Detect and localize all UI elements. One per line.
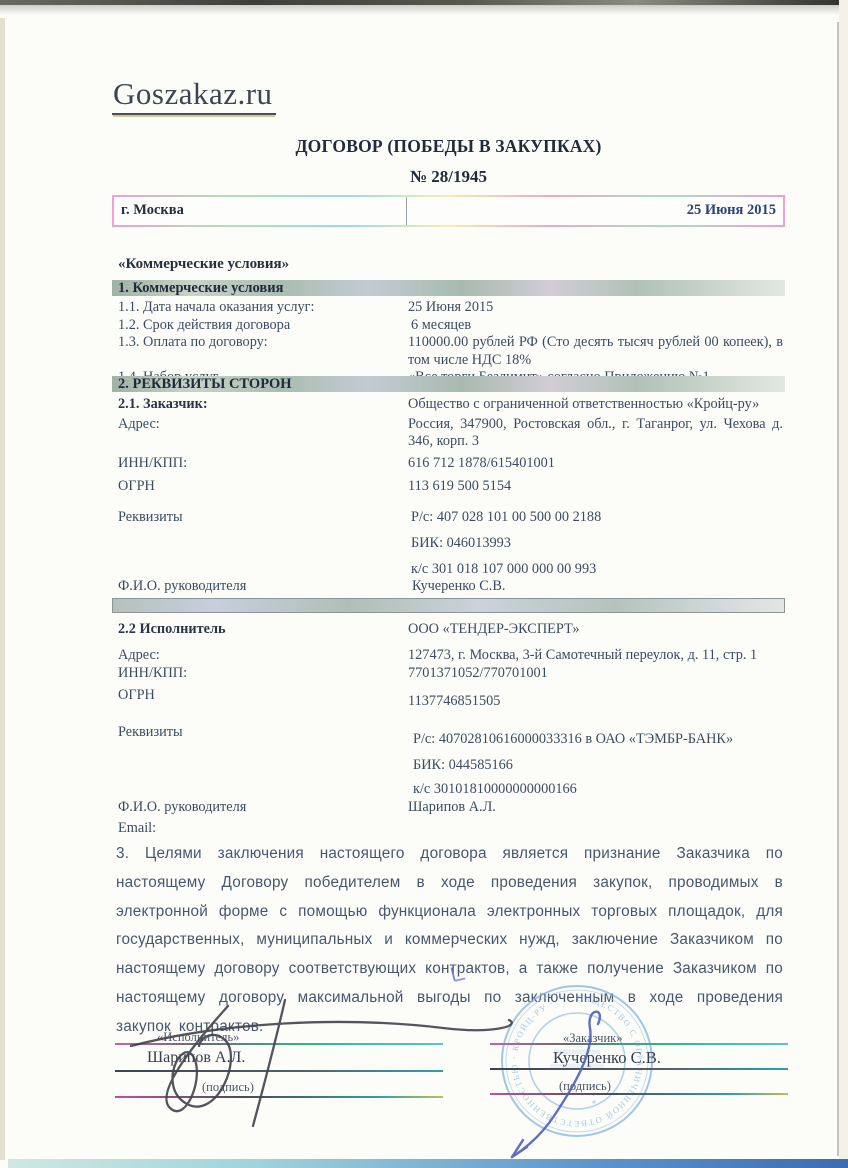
customer-ogrn: 113 619 500 5154 — [408, 478, 785, 496]
contractor-role-label: 2.2 Исполнитель — [112, 621, 408, 639]
customer-address: Россия, 347900, Ростовская обл., г. Тага… — [408, 416, 785, 451]
section-2-customer: 2. РЕКВИЗИТЫ СТОРОН 2.1. Заказчик: Общес… — [112, 376, 785, 617]
contractor-ogrn: 1137746851505 — [408, 687, 785, 711]
customer-ogrn-row: ОГРН 113 619 500 5154 — [112, 478, 785, 496]
contractor-role-row: 2.2 Исполнитель ООО «ТЕНДЕР-ЭКСПЕРТ» — [112, 621, 785, 639]
document-number: № 28/1945 — [112, 167, 785, 187]
row-1-1-label: 1.1. Дата начала оказания услуг: — [112, 299, 408, 317]
row-1-1-value: 25 Июня 2015 — [408, 299, 785, 317]
contractor-corr-row: к/с 30101810000000000166 — [112, 781, 785, 799]
scan-edge-left — [0, 18, 5, 1160]
customer-address-label: Адрес: — [112, 416, 408, 451]
customer-head-name: Кучеренко С.В. — [408, 578, 785, 596]
place-cell: г. Москва — [114, 197, 407, 225]
contractor-inn-row: ИНН/КПП: 7701371052/770701001 — [112, 665, 785, 683]
contractor-address-label: Адрес: — [112, 647, 408, 665]
contractor-address: 127473, г. Москва, 3-й Самотечный переул… — [408, 647, 785, 665]
contractor-ogrn-label: ОГРН — [112, 687, 408, 711]
customer-bik-row: БИК: 046013993 — [112, 535, 785, 553]
contractor-corr: к/с 30101810000000000166 — [408, 781, 785, 799]
place-date-table-inner: г. Москва 25 Июня 2015 — [114, 197, 783, 225]
section-1-header-band: 1. Коммерческие условия — [112, 280, 785, 296]
contractor-requisites-row: Реквизиты Р/с: 40702810616000033316 в ОА… — [112, 724, 785, 749]
customer-corr: к/с 301 018 107 000 000 00 993 — [408, 561, 785, 579]
spacer — [112, 535, 408, 553]
contractor-email-value — [408, 820, 785, 838]
customer-corr-row: к/с 301 018 107 000 000 00 993 — [112, 561, 785, 579]
row-1-2: 1.2. Срок действия договора 6 месяцев — [112, 317, 785, 335]
contractor-name: ООО «ТЕНДЕР-ЭКСПЕРТ» — [408, 621, 785, 639]
contractor-address-row: Адрес: 127473, г. Москва, 3-й Самотечный… — [112, 647, 785, 665]
commercial-terms-heading: «Коммерческие условия» — [118, 256, 289, 273]
contractor-email-label: Email: — [112, 820, 408, 838]
customer-requisites-label: Реквизиты — [112, 509, 408, 527]
spacer — [112, 561, 408, 579]
contractor-inn: 7701371052/770701001 — [408, 665, 785, 683]
contractor-email-row: Email: — [112, 820, 785, 838]
spacer — [112, 781, 408, 799]
scan-edge-right — [839, 0, 848, 1168]
section-2-header-band: 2. РЕКВИЗИТЫ СТОРОН — [112, 376, 785, 392]
row-1-3: 1.3. Оплата по договору: 110000.00 рубле… — [112, 334, 785, 369]
customer-head-label: Ф.И.О. руководителя — [112, 578, 408, 596]
row-1-3-value: 110000.00 рублей РФ (Сто десять тысяч ру… — [408, 334, 785, 369]
customer-account: Р/с: 407 028 101 00 500 00 2188 — [408, 509, 785, 527]
executor-handwritten-signature — [113, 996, 533, 1131]
contractor-head-row: Ф.И.О. руководителя Шарипов А.Л. — [112, 799, 785, 817]
customer-inn-label: ИНН/КПП: — [112, 455, 408, 473]
place-date-table: г. Москва 25 Июня 2015 — [112, 195, 785, 227]
contractor-bik: БИК: 044585166 — [408, 757, 785, 775]
row-1-2-value: 6 месяцев — [408, 317, 785, 335]
customer-inn-row: ИНН/КПП: 616 712 1878/615401001 — [112, 455, 785, 473]
spacer — [112, 757, 408, 775]
customer-name: Общество с ограниченной ответственностью… — [408, 396, 785, 414]
customer-handwritten-signature — [482, 994, 682, 1164]
document-content: Goszakaz.ru ДОГОВОР (ПОБЕДЫ В ЗАКУПКАХ) … — [112, 0, 785, 1168]
contractor-head-label: Ф.И.О. руководителя — [112, 799, 408, 817]
section-1-commercial-terms: 1. Коммерческие условия 1.1. Дата начала… — [112, 280, 785, 387]
customer-head-row: Ф.И.О. руководителя Кучеренко С.В. — [112, 578, 785, 596]
customer-address-row: Адрес: Россия, 347900, Ростовская обл., … — [112, 416, 785, 451]
section-2-contractor: 2.2 Исполнитель ООО «ТЕНДЕР-ЭКСПЕРТ» Адр… — [112, 598, 785, 838]
customer-role-row: 2.1. Заказчик: Общество с ограниченной о… — [112, 396, 785, 414]
separator-band — [112, 598, 785, 613]
customer-role-label: 2.1. Заказчик: — [112, 396, 408, 414]
document-title: ДОГОВОР (ПОБЕДЫ В ЗАКУПКАХ) — [112, 136, 785, 157]
customer-requisites-row: Реквизиты Р/с: 407 028 101 00 500 00 218… — [112, 509, 785, 527]
row-1-1: 1.1. Дата начала оказания услуг: 25 Июня… — [112, 299, 785, 317]
contractor-ogrn-row: ОГРН 1137746851505 — [112, 687, 785, 711]
date-cell: 25 Июня 2015 — [407, 197, 783, 225]
contractor-requisites-label: Реквизиты — [112, 724, 408, 749]
contractor-bik-row: БИК: 044585166 — [112, 757, 785, 775]
contractor-head-name: Шарипов А.Л. — [408, 799, 785, 817]
customer-inn: 616 712 1878/615401001 — [408, 455, 785, 473]
contractor-account: Р/с: 40702810616000033316 в ОАО «ТЭМБР-Б… — [408, 724, 785, 749]
customer-ogrn-label: ОГРН — [112, 478, 408, 496]
scan-edge-right-line — [837, 22, 839, 1156]
row-1-3-label: 1.3. Оплата по договору: — [112, 334, 408, 369]
scanned-contract-page: Goszakaz.ru ДОГОВОР (ПОБЕДЫ В ЗАКУПКАХ) … — [0, 0, 848, 1168]
contractor-inn-label: ИНН/КПП: — [112, 665, 408, 683]
customer-bik: БИК: 046013993 — [408, 535, 785, 553]
row-1-2-label: 1.2. Срок действия договора — [112, 317, 408, 335]
goszakaz-logo: Goszakaz.ru — [112, 76, 276, 115]
